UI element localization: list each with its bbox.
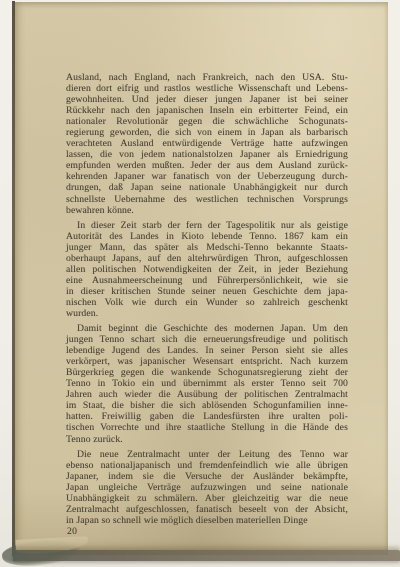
text-line: schnellste Uebernahme des westlichen tec… — [66, 194, 348, 205]
text-line: gewohnheiten. Und jeder dieser jungen Ja… — [66, 94, 348, 105]
text-line: kehrenden Japaner war fanatisch von der … — [66, 171, 348, 182]
text-line: drungen, daß Japan seine nationale Unabh… — [66, 182, 348, 193]
text-line: Autorität des Landes in Kioto lebende Te… — [66, 231, 348, 242]
text-line: ebenso nationaljapanisch und fremdenfein… — [66, 460, 348, 471]
text-line: verachteten Ausland entwürdigende Verträ… — [66, 138, 348, 149]
paragraph: Ausland, nach England, nach Frankreich, … — [66, 72, 348, 216]
text-line: Tenno zurück. — [66, 434, 348, 445]
text-line: Tenno in Tokio ein und übernimmt als ers… — [66, 378, 348, 389]
text-line: empfunden werden mußten. Jeder der aus d… — [66, 160, 348, 171]
bottom-page-edges-shadow — [13, 550, 400, 561]
text-line: Damit beginnt die Geschichte des moderne… — [66, 323, 348, 334]
text-line: Rückkehr nach den japanischen Inseln ein… — [66, 105, 348, 116]
paragraph: In dieser Zeit starb der fern der Tagesp… — [66, 220, 348, 319]
text-line: Japaner, indem sie die Versuche der Ausl… — [66, 471, 348, 482]
text-line: nationaler Revolutionär gegen die schwäc… — [66, 116, 348, 127]
text-line: Ausland, nach England, nach Frankreich, … — [66, 72, 348, 83]
paragraph: Die neue Zentralmacht unter der Leitung … — [66, 449, 348, 526]
text-line: wurden. — [66, 308, 348, 319]
text-line: In dieser Zeit starb der fern der Tagesp… — [66, 220, 348, 231]
text-line: hatten. Freiwillig gaben die Landesfürst… — [66, 411, 348, 422]
page-number: 20 — [67, 526, 77, 537]
text-line: Japan ungleiche Verträge aufzuzwingen un… — [66, 482, 348, 493]
text-line: allen politischen Notwendigkeiten der Ze… — [66, 264, 348, 275]
text-line: jungen Tenno schart sich die erneuerungs… — [66, 334, 348, 345]
text-line: regierung geworden, die sich von einem i… — [66, 127, 348, 138]
scan-background: Ausland, nach England, nach Frankreich, … — [0, 0, 400, 567]
text-line: eine Ausnahmeerscheinung und Führerpersö… — [66, 275, 348, 286]
text-line: verkörpert, was japanischer Wesensart en… — [66, 356, 348, 367]
text-line: lebendige Jugend des Landes. In seiner P… — [66, 345, 348, 356]
text-line: in Japan so schnell wie möglich dieselbe… — [66, 515, 348, 526]
text-line: im Staat, die bisher die sich ablösenden… — [66, 400, 348, 411]
text-line: oberhaupt Japans, auf den altehrwürdigen… — [66, 253, 348, 264]
paragraph: Damit beginnt die Geschichte des moderne… — [66, 323, 348, 445]
text-line: Unabhängigkeit zu schmälern. Aber gleich… — [66, 493, 348, 504]
text-line: lassen, die von jedem nationalstolzen Ja… — [66, 149, 348, 160]
text-line: bewahren könne. — [66, 205, 348, 216]
text-line: Bürgerkrieg gegen die wankende Schogunat… — [66, 367, 348, 378]
text-line: nischen Volk wie durch ein Wunder so zah… — [66, 297, 348, 308]
text-line: Die neue Zentralmacht unter der Leitung … — [66, 449, 348, 460]
text-line: junger Mann, das später als Medschi-Tenn… — [66, 242, 348, 253]
text-line: in dieser kritischen Stunde seiner neuen… — [66, 286, 348, 297]
text-line: dieren dort eifrig und rastlos westliche… — [66, 83, 348, 94]
text-line: Zentralmacht aufgeschlossen, fanatisch b… — [66, 504, 348, 515]
text-line: Jahren auch wieder die Ausübung der poli… — [66, 389, 348, 400]
text-block: Ausland, nach England, nach Frankreich, … — [66, 72, 348, 526]
text-line: tischen Vorrechte und ihre staatliche St… — [66, 422, 348, 433]
